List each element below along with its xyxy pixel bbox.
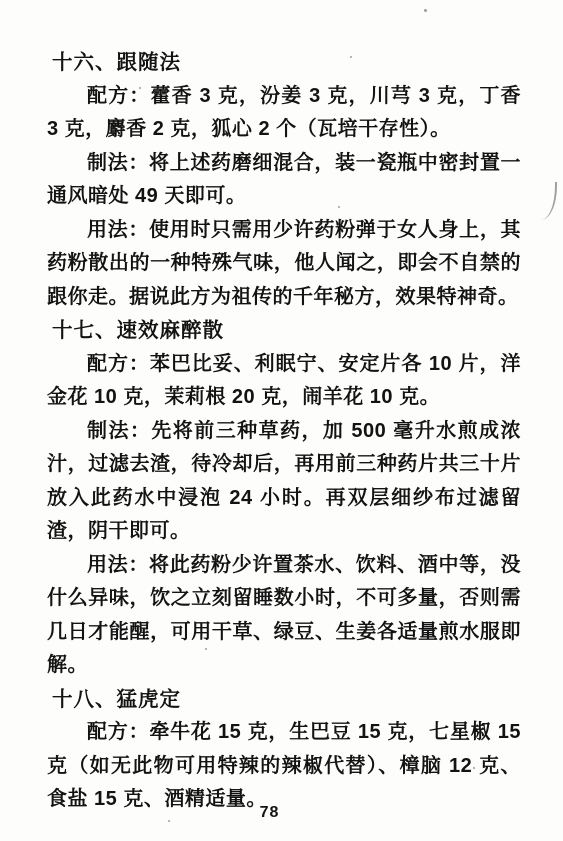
section-17: 十七、速效麻醉散 配方：苯巴比妥、利眠宁、安定片各 10 片，洋金花 10 克，… bbox=[47, 314, 521, 683]
section-17-preparation-paragraph: 制法：先将前三种草药，加 500 毫升水煎成浓汁，过滤去渣，待冷却后，再用前三种… bbox=[47, 415, 521, 549]
document-page: 十六、跟随法 配方：藿香 3 克，汾姜 3 克，川芎 3 克，丁香 3 克，麝香… bbox=[0, 0, 563, 841]
scan-speck bbox=[338, 206, 340, 208]
section-16-usage-paragraph: 用法：使用时只需用少许药粉弹于女人身上，其药粉散出的一种特殊气味，他人闻之，即会… bbox=[47, 214, 521, 315]
scan-speck bbox=[424, 9, 427, 12]
section-16-preparation-paragraph: 制法：将上述药磨细混合，装一瓷瓶中密封置一通风暗处 49 天即可。 bbox=[47, 147, 521, 214]
section-17-recipe-paragraph: 配方：苯巴比妥、利眠宁、安定片各 10 片，洋金花 10 克，茉莉根 20 克，… bbox=[47, 348, 521, 415]
section-18-heading: 十八、猛虎定 bbox=[47, 683, 521, 717]
scan-speck bbox=[168, 820, 170, 822]
section-17-usage-paragraph: 用法：将此药粉少许置茶水、饮料、酒中等，没什么异味，饮之立刻留睡数小时，不可多量… bbox=[47, 549, 521, 683]
scan-speck bbox=[473, 767, 475, 769]
scan-speck bbox=[205, 648, 207, 650]
scan-edge-artifact bbox=[539, 182, 557, 220]
scan-speck bbox=[350, 56, 352, 58]
section-16-heading: 十六、跟随法 bbox=[47, 46, 521, 80]
section-16: 十六、跟随法 配方：藿香 3 克，汾姜 3 克，川芎 3 克，丁香 3 克，麝香… bbox=[47, 46, 521, 314]
section-17-heading: 十七、速效麻醉散 bbox=[47, 314, 521, 348]
scan-speck bbox=[102, 435, 104, 437]
scan-speck bbox=[139, 87, 141, 89]
section-16-recipe-paragraph: 配方：藿香 3 克，汾姜 3 克，川芎 3 克，丁香 3 克，麝香 2 克，狐心… bbox=[47, 80, 521, 147]
page-number: 78 bbox=[0, 796, 539, 830]
